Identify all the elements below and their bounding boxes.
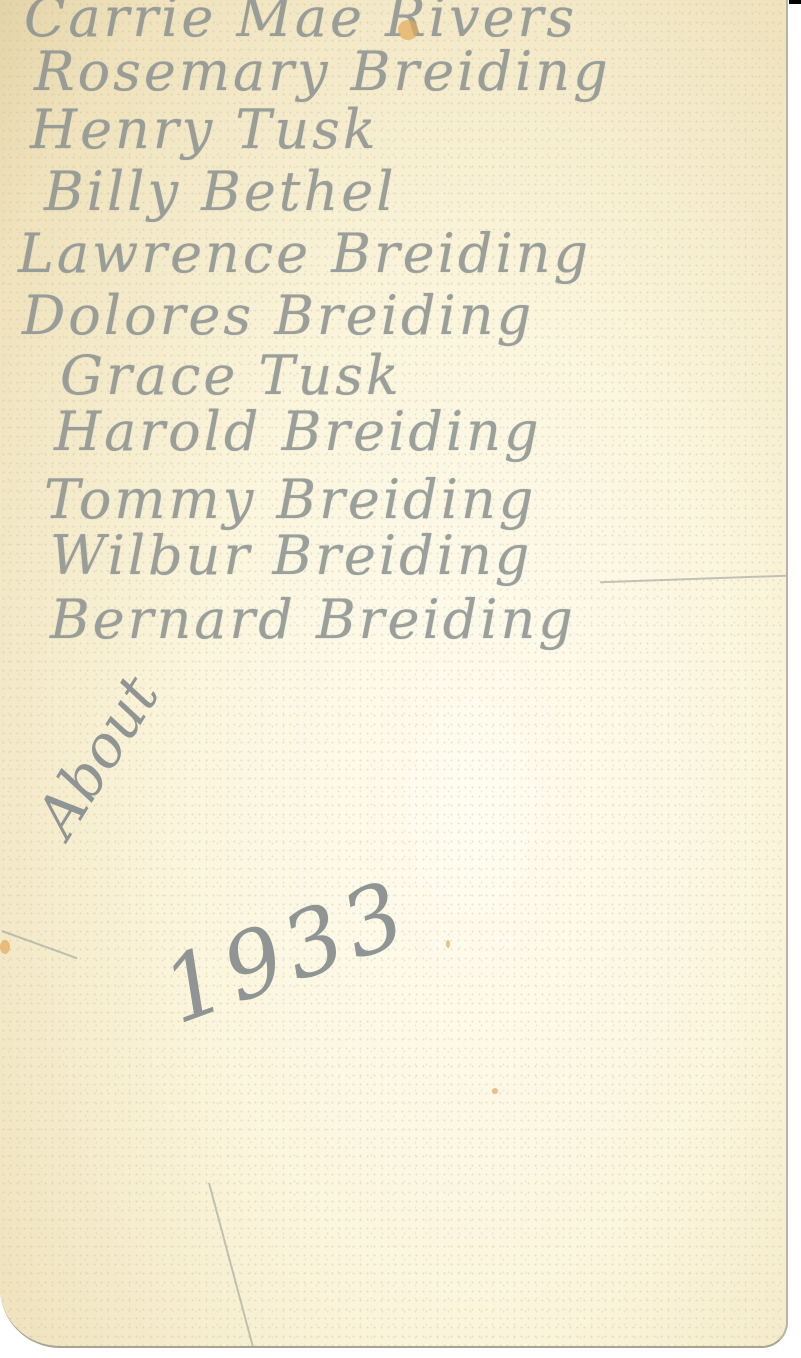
photo-back-card: Carrie Mae Rivers Rosemary Breiding Henr… [0,0,788,1348]
name-line-9: Tommy Breiding [44,468,536,531]
stain-spot [0,940,10,954]
name-line-7: Grace Tusk [60,344,402,407]
name-line-4: Billy Bethel [44,160,397,223]
name-line-10: Wilbur Breiding [50,524,532,587]
stain-spot [446,940,450,948]
stain-spot [492,1088,498,1094]
name-line-6: Dolores Breiding [22,284,534,347]
name-line-5: Lawrence Breiding [18,222,591,285]
name-line-8: Harold Breiding [54,400,542,463]
name-line-3: Henry Tusk [30,98,379,161]
stain-spot [398,20,418,40]
name-line-2: Rosemary Breiding [34,40,611,103]
scan-edge-mark [789,0,801,4]
name-line-11: Bernard Breiding [50,588,576,651]
